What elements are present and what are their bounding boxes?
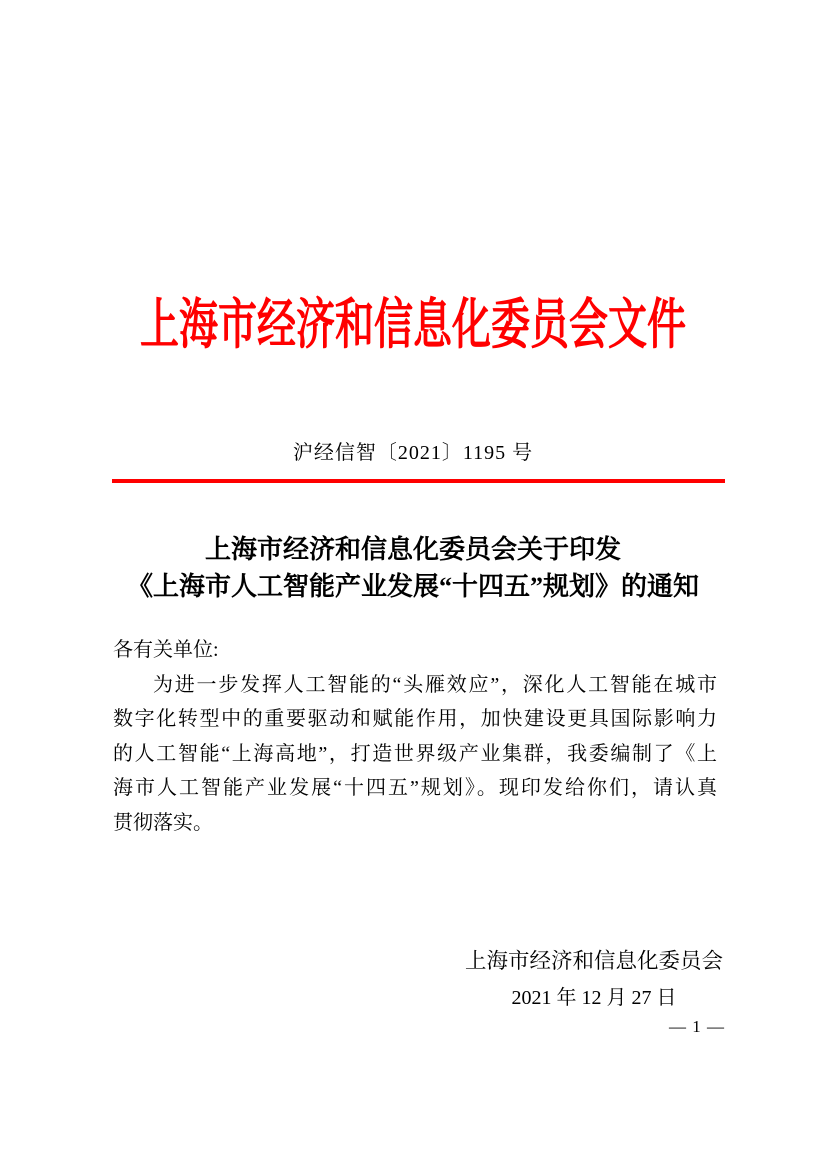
body-paragraph-line: 的人工智能“上海高地”，打造世界级产业集群，我委编制了《上 <box>113 737 717 772</box>
signature-date: 2021 年 12 月 27 日 <box>465 985 723 1011</box>
page-number: — 1 — <box>669 1017 725 1037</box>
red-divider-line <box>112 479 725 483</box>
body-paragraph-line: 贯彻落实。 <box>113 806 717 841</box>
body-paragraph-line: 海市人工智能产业发展“十四五”规划》。现印发给你们，请认真 <box>113 771 717 806</box>
body-paragraph-line: 为进一步发挥人工智能的“头雁效应”，深化人工智能在城市 <box>113 668 717 703</box>
document-page: 上海市经济和信息化委员会文件 沪经信智〔2021〕1195 号 上海市经济和信息… <box>0 0 826 1169</box>
document-title-line-1: 上海市经济和信息化委员会关于印发 <box>0 531 826 568</box>
red-header-banner: 上海市经济和信息化委员会文件 <box>0 298 826 353</box>
document-title-line-2: 《上海市人工智能产业发展“十四五”规划》的通知 <box>0 568 826 605</box>
salutation: 各有关单位: <box>113 633 717 668</box>
document-title: 上海市经济和信息化委员会关于印发 《上海市人工智能产业发展“十四五”规划》的通知 <box>0 531 826 605</box>
body-paragraph-line: 数字化转型中的重要驱动和赋能作用，加快建设更具国际影响力 <box>113 702 717 737</box>
signature-issuing-authority: 上海市经济和信息化委员会 <box>465 948 723 975</box>
signature-block: 上海市经济和信息化委员会 2021 年 12 月 27 日 <box>465 948 723 1011</box>
document-reference-number: 沪经信智〔2021〕1195 号 <box>0 440 826 466</box>
document-body: 各有关单位: 为进一步发挥人工智能的“头雁效应”，深化人工智能在城市 数字化转型… <box>113 633 717 841</box>
